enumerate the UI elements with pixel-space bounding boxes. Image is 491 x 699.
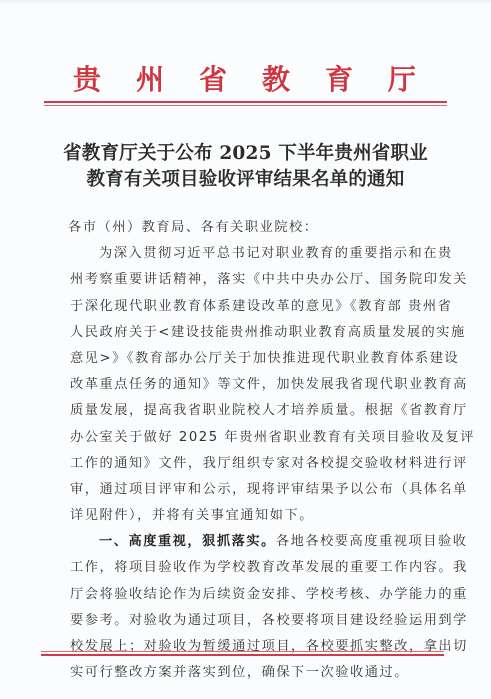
- masthead-char: 省: [199, 58, 227, 98]
- title-line-1: 省教育厅关于公布 2025 下半年贵州省职业: [40, 141, 451, 167]
- paragraph-line: 实可行整改方案并落实到位，确保下一次验收通过。: [70, 660, 430, 686]
- salutation: 各市（州）教育局、各有关职业院校：: [68, 215, 430, 241]
- paragraph-line: 要参考。对验收为通过项目，各校要将项目建设经验运用到学: [70, 608, 430, 634]
- footer-divider-thick: [41, 654, 444, 656]
- paragraph-line: 校发展上；对验收为暂缓通过项目，各校要抓实整改，拿出切: [70, 634, 430, 660]
- masthead-char: 厅: [388, 58, 416, 98]
- masthead-divider-thick: [44, 101, 447, 103]
- paragraph-line: 详见附件），并将有关事宜通知如下。: [70, 503, 430, 529]
- section-1-text: 各地各校要高度重视项目验收: [276, 534, 468, 549]
- paragraph-line: 人民政府关于<建设技能贵州推动职业教育高质量发展的实施: [70, 320, 430, 346]
- section-1-heading: 一、高度重视，狠抓落实。: [99, 534, 276, 549]
- paragraph-line: 办公室关于做好 2025 年贵州省职业教育有关项目验收及复评: [70, 425, 430, 451]
- section-1-first-line: 一、高度重视，狠抓落实。各地各校要高度重视项目验收: [70, 529, 430, 555]
- footer-divider-thin: [41, 651, 444, 652]
- masthead-char: 贵: [73, 58, 101, 98]
- paragraph-line: 审，通过项目评审和公示，现将评审结果予以公布（具体名单: [70, 477, 430, 503]
- document-title: 省教育厅关于公布 2025 下半年贵州省职业 教育有关项目验收评审结果名单的通知: [40, 141, 451, 193]
- paragraph-line: 于深化现代职业教育体系建设改革的意见》《教育部 贵州省: [70, 294, 430, 320]
- document-body: 各市（州）教育局、各有关职业院校： 为深入贯彻习近平总书记对职业教育的重要指示和…: [70, 215, 430, 686]
- paragraph-line: 意见>》《教育部办公厅关于加快推进现代职业教育体系建设: [70, 346, 430, 372]
- masthead-title: 贵 州 省 教 育 厅: [44, 60, 447, 96]
- title-line-2: 教育有关项目验收评审结果名单的通知: [40, 167, 451, 193]
- masthead-char: 州: [136, 58, 164, 98]
- scan-edge-shade: [0, 0, 491, 6]
- masthead-char: 育: [325, 58, 353, 98]
- paragraph-line: 工作，将项目验收作为学校教育改革发展的重要工作内容。我: [70, 555, 430, 581]
- paragraph-line: 州考察重要讲话精神，落实《中共中央办公厅、国务院印发关: [70, 267, 430, 293]
- paragraph-line: 质量发展，提高我省职业院校人才培养质量。根据《省教育厅: [70, 398, 430, 424]
- paragraph-line: 厅会将验收结论作为后续资金安排、学校考核、办学能力的重: [70, 582, 430, 608]
- paragraph-line: 为深入贯彻习近平总书记对职业教育的重要指示和在贵: [70, 241, 430, 267]
- masthead-divider-thin: [44, 105, 447, 106]
- paragraph-line: 工作的通知》文件，我厅组织专家对各校提交验收材料进行评: [70, 451, 430, 477]
- paragraph-line: 改革重点任务的通知》等文件，加快发展我省现代职业教育高: [70, 372, 430, 398]
- masthead-char: 教: [262, 58, 290, 98]
- document-page: 贵 州 省 教 育 厅 省教育厅关于公布 2025 下半年贵州省职业 教育有关项…: [0, 0, 491, 699]
